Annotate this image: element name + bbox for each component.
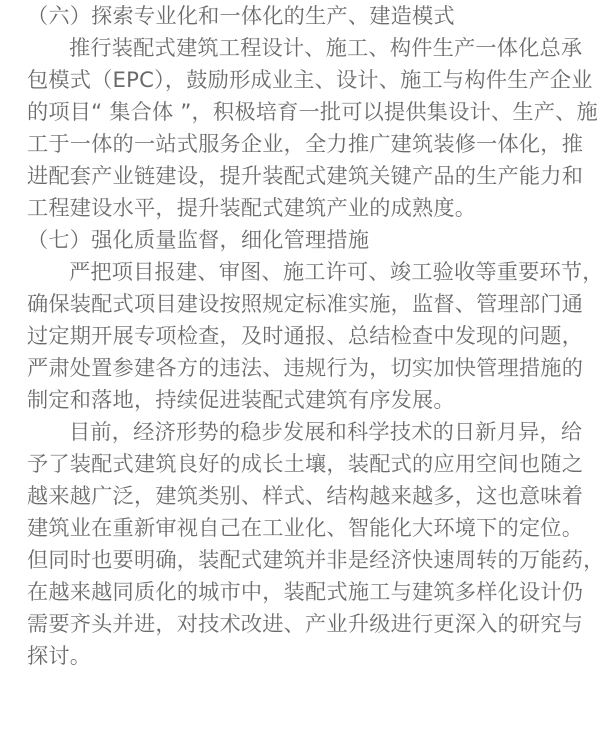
paragraph-line: 严肃处置参建各方的违法、违规行为，切实加快管理措施的 bbox=[27, 352, 575, 384]
paragraph-line: 过定期开展专项检查，及时通报、总结检查中发现的问题， bbox=[27, 320, 575, 352]
paragraph-line: 确保装配式项目建设按照规定标准实施，监督、管理部门通 bbox=[27, 288, 575, 320]
paragraph-line: 在越来越同质化的城市中，装配式施工与建筑多样化设计仍 bbox=[27, 576, 575, 608]
paragraph-line: 工于一体的一站式服务企业，全力推广建筑装修一体化，推 bbox=[27, 128, 575, 160]
paragraph-line: 但同时也要明确，装配式建筑并非是经济快速周转的万能药， bbox=[27, 544, 575, 576]
section-heading: （六）探索专业化和一体化的生产、建造模式 bbox=[27, 0, 575, 32]
paragraph-line: 的项目“ 集合体 ”，积极培育一批可以提供集设计、生产、施 bbox=[27, 96, 575, 128]
section-heading: （七）强化质量监督，细化管理措施 bbox=[27, 224, 575, 256]
paragraph-line: 建筑业在重新审视自己在工业化、智能化大环境下的定位。 bbox=[27, 512, 575, 544]
conclusion-section: 目前，经济形势的稳步发展和科学技术的日新月异，给 予了装配式建筑良好的成长土壤，… bbox=[27, 416, 575, 672]
paragraph-line: 需要齐头并进，对技术改进、产业升级进行更深入的研究与 bbox=[27, 608, 575, 640]
paragraph-line: 严把项目报建、审图、施工许可、竣工验收等重要环节， bbox=[27, 256, 575, 288]
paragraph-line: 探讨。 bbox=[27, 640, 575, 672]
paragraph: 推行装配式建筑工程设计、施工、构件生产一体化总承 包模式（EPC），鼓励形成业主… bbox=[27, 32, 575, 224]
paragraph-line: 推行装配式建筑工程设计、施工、构件生产一体化总承 bbox=[27, 32, 575, 64]
paragraph-line: 越来越广泛，建筑类别、样式、结构越来越多，这也意味着 bbox=[27, 480, 575, 512]
paragraph-line: 予了装配式建筑良好的成长土壤，装配式的应用空间也随之 bbox=[27, 448, 575, 480]
paragraph-line: 进配套产业链建设，提升装配式建筑关键产品的生产能力和 bbox=[27, 160, 575, 192]
document-body: （六）探索专业化和一体化的生产、建造模式 推行装配式建筑工程设计、施工、构件生产… bbox=[27, 0, 575, 672]
paragraph: 目前，经济形势的稳步发展和科学技术的日新月异，给 予了装配式建筑良好的成长土壤，… bbox=[27, 416, 575, 672]
paragraph-line: 工程建设水平，提升装配式建筑产业的成熟度。 bbox=[27, 192, 575, 224]
paragraph-line: 制定和落地，持续促进装配式建筑有序发展。 bbox=[27, 384, 575, 416]
section-7: （七）强化质量监督，细化管理措施 严把项目报建、审图、施工许可、竣工验收等重要环… bbox=[27, 224, 575, 416]
paragraph-line: 目前，经济形势的稳步发展和科学技术的日新月异，给 bbox=[27, 416, 575, 448]
paragraph: 严把项目报建、审图、施工许可、竣工验收等重要环节， 确保装配式项目建设按照规定标… bbox=[27, 256, 575, 416]
paragraph-line: 包模式（EPC），鼓励形成业主、设计、施工与构件生产企业 bbox=[27, 64, 575, 96]
section-6: （六）探索专业化和一体化的生产、建造模式 推行装配式建筑工程设计、施工、构件生产… bbox=[27, 0, 575, 224]
